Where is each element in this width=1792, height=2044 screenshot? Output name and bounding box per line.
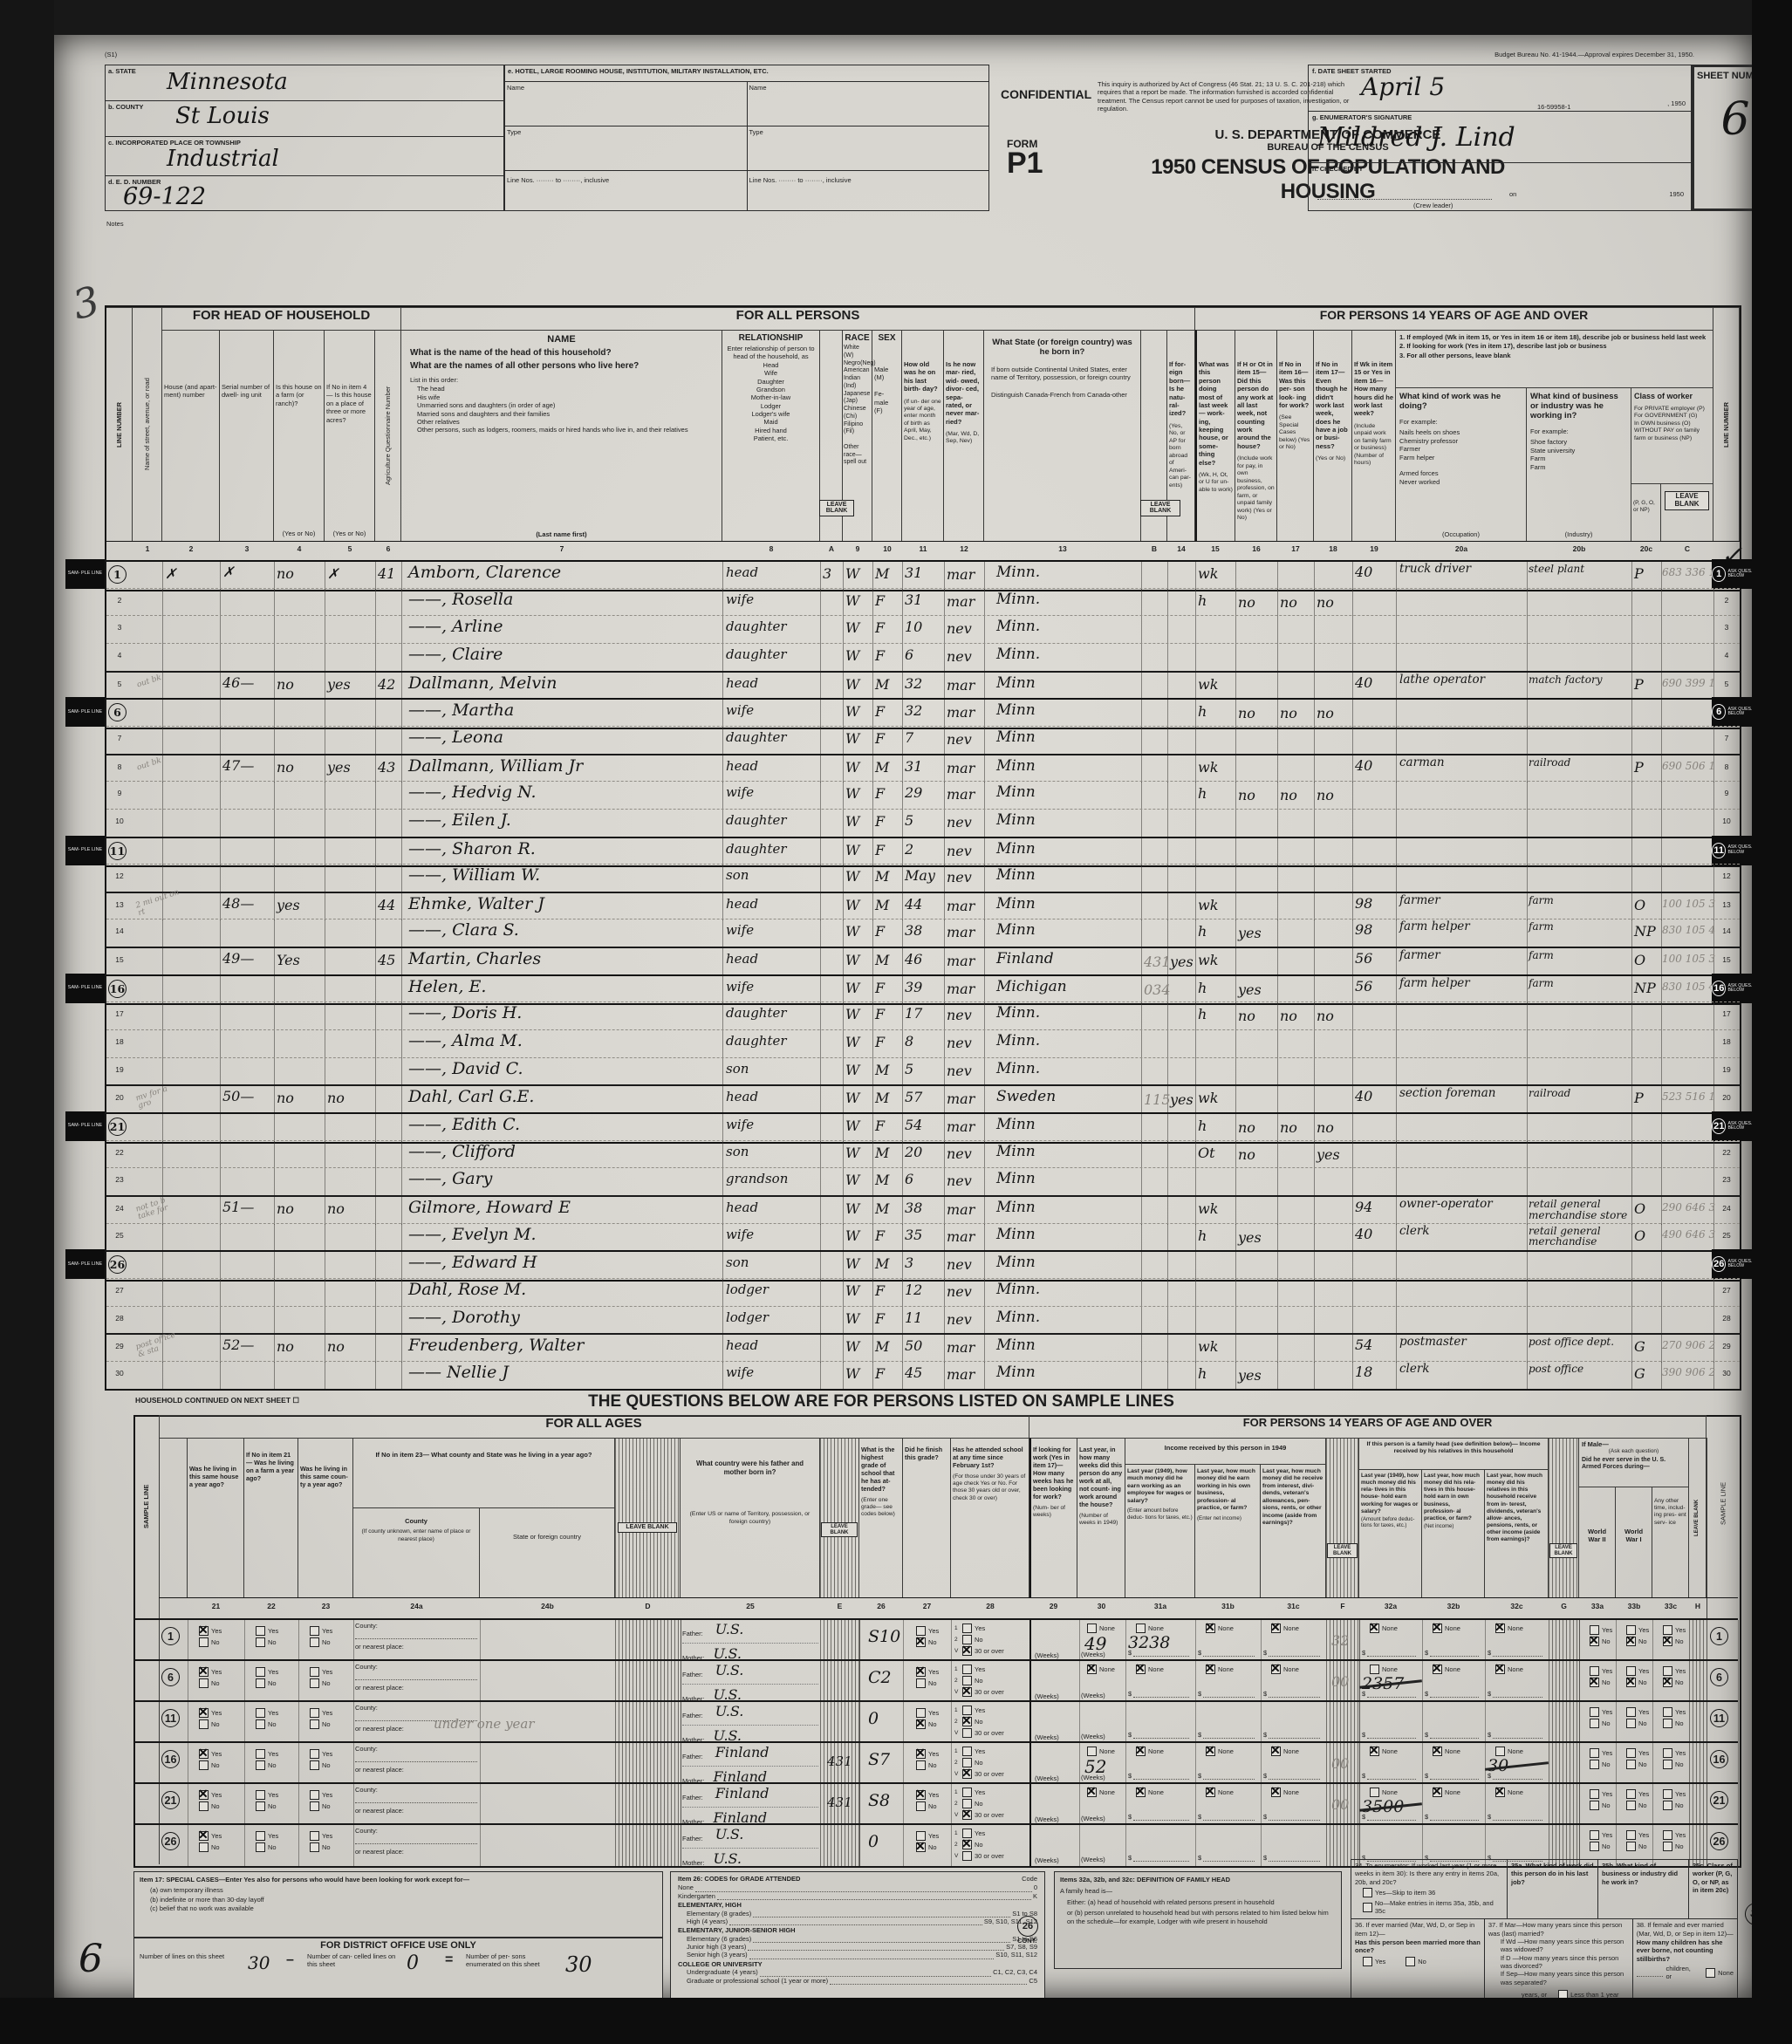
checkbox-empty: [1663, 1801, 1672, 1810]
col-line: [162, 1307, 221, 1335]
person-name: Dallmann, Melvin: [408, 673, 721, 693]
relationship-value: daughter: [726, 1033, 787, 1049]
bottom-column-number: 27: [903, 1602, 951, 1611]
ww2-cell: YesNo: [1582, 1788, 1615, 1822]
None-checkbox: None: [1128, 1747, 1193, 1756]
q: Last year, how much money did his relati…: [1485, 1470, 1548, 1543]
person-row: 28——, DorothylodgerWF11nevMinn.28: [106, 1306, 1740, 1335]
col-line: [325, 727, 376, 755]
col-line: [274, 1058, 325, 1086]
col-line: [325, 1058, 376, 1086]
col-line: [1277, 1279, 1315, 1307]
income-group-header: Income received by this person in 1949: [1125, 1438, 1326, 1464]
dollar-line: $: [1263, 1813, 1322, 1821]
county-cell: County:or nearest place:: [355, 1622, 613, 1659]
No-checkbox: No: [191, 1637, 242, 1647]
checkbox-checked: [1136, 1665, 1146, 1674]
dollar-leader: [1203, 1650, 1255, 1657]
col-line: [820, 1168, 844, 1196]
line-number: 10: [106, 810, 133, 826]
mar-value: mar: [947, 1228, 982, 1245]
checkbox-empty: [962, 1747, 972, 1756]
state-b: If born outside Continental United State…: [984, 357, 1140, 382]
birthplace-value: Minn: [996, 895, 1036, 913]
state-q: What State (or foreign country) was he b…: [984, 331, 1140, 357]
age-value: May: [905, 867, 942, 884]
right-line-number-cell: 15: [1713, 948, 1740, 976]
item-34-text: 34. To enumerator: If worked last year (…: [1355, 1862, 1503, 1886]
person-name: ——, Edith C.: [408, 1115, 721, 1134]
checkbox-label: No: [1638, 1678, 1647, 1686]
checkbox-checked: [916, 1749, 926, 1759]
Yes—Skip to item 36-checkbox: Yes—Skip to item 36: [1355, 1888, 1503, 1897]
checkbox-label: Yes: [268, 1832, 278, 1840]
checkbox-label: No: [1602, 1637, 1611, 1645]
dollar-sign: $: [1263, 1772, 1267, 1780]
checkbox-checked: [1626, 1637, 1636, 1646]
hours-header: If Wk in item 15 or Yes in item 16— How …: [1352, 330, 1396, 541]
col-line: [1277, 893, 1315, 921]
sample-line-tag: SAM- PLE LINE: [65, 974, 105, 1003]
q: Last year, how much money did he earn wo…: [1195, 1465, 1260, 1513]
No-checkbox: No: [1398, 1957, 1426, 1966]
district-v1: 30: [248, 1952, 283, 1973]
col-line: [274, 1002, 325, 1030]
relatives-business-cell: None$: [1425, 1786, 1482, 1823]
column-number: C: [1661, 544, 1713, 554]
column-number: 1: [133, 544, 162, 554]
wages-cell: None$: [1128, 1786, 1193, 1823]
bottom-sample-number: 6: [161, 1668, 180, 1686]
c15-value: wk: [1198, 565, 1234, 582]
codes-leader: [753, 1936, 1010, 1943]
q: Was he living in this same coun- ty a ye…: [298, 1439, 352, 1488]
rel-title: RELATIONSHIP: [722, 333, 819, 343]
attended-school-cell: 1Yes2NoV30 or over: [954, 1622, 1029, 1660]
items-34-38-box: 34. To enumerator: If worked last year (…: [1351, 1859, 1738, 2012]
col-line: [220, 700, 275, 728]
c18-value: no: [1317, 705, 1351, 721]
col-line: [1235, 644, 1278, 672]
checkbox-label: No: [322, 1720, 331, 1728]
checkbox-label: No: [211, 1679, 220, 1687]
acres-value: no: [327, 1338, 373, 1355]
checkbox-empty: [1590, 1748, 1599, 1758]
col-line: [1277, 1335, 1315, 1363]
checkbox-checked: [1433, 1747, 1442, 1756]
col-line: [1141, 1141, 1168, 1169]
col-line: [1195, 1307, 1236, 1335]
line-number-cell: 20: [106, 1086, 133, 1114]
ww1-cell: YesNo: [1618, 1665, 1652, 1699]
ask-line-number: 11: [1712, 843, 1726, 858]
checkbox-label: None: [1445, 1624, 1460, 1632]
person-row: 25——, Evelyn M.wifeWF35marMinnhyes40cler…: [106, 1223, 1740, 1252]
col-line: [1631, 589, 1662, 617]
col-line: [1277, 865, 1315, 892]
mar-value: nev: [947, 843, 982, 859]
col-line: [133, 976, 163, 1004]
checkbox-checked: [199, 1667, 209, 1677]
q: If looking for work (Yes in item 17)— Ho…: [1031, 1439, 1077, 1501]
c16-value: no: [1238, 787, 1276, 803]
line-number-cell: 6: [108, 703, 131, 724]
county-sub-header: County(If county unknown, enter name of …: [353, 1507, 480, 1597]
checkbox-label: Yes: [928, 1668, 939, 1676]
line-number-cell: 27: [106, 1279, 133, 1307]
own-business-cell: None$: [1198, 1622, 1258, 1659]
leave-blank-h-header: LEAVE BLANK: [1689, 1438, 1707, 1597]
column-number-strip: 12345678A910111213B14151617181920a20b20c…: [106, 541, 1740, 561]
person-row: 14——, Clara S.wifeWF38marMinnhyes98farm …: [106, 919, 1740, 947]
col-line: [274, 1252, 325, 1280]
checkbox-empty: [916, 1760, 926, 1770]
checkbox-label: Yes: [322, 1832, 332, 1840]
codes-line: KindergartenK: [671, 1892, 1044, 1900]
checkbox-label: No: [1602, 1719, 1611, 1727]
age-value: 20: [905, 1144, 942, 1160]
col-line: [220, 810, 275, 837]
industry-value: post office: [1529, 1364, 1637, 1375]
right-line-number-cell: 2: [1713, 589, 1740, 617]
header-text: If No in item 4— Is this house on a plac…: [325, 331, 374, 424]
weeks-looking-header: If looking for work (Yes in item 17)— Ho…: [1029, 1438, 1077, 1597]
col-line: [162, 810, 221, 837]
col-line: [1277, 976, 1315, 1004]
father-label: Father:: [682, 1753, 703, 1760]
checkbox-label: Yes: [928, 1791, 939, 1799]
ind-q: What kind of business or industry was he…: [1527, 388, 1631, 420]
age-value: 54: [905, 1117, 942, 1133]
V-prefix: V: [954, 1812, 960, 1818]
col-line: [820, 1335, 844, 1363]
age-value: 32: [905, 702, 942, 719]
dollar-leader: [1430, 1691, 1479, 1698]
col-line: [133, 810, 163, 837]
race-value: W: [845, 785, 871, 802]
col-line: [274, 727, 325, 755]
col-line: [133, 589, 163, 617]
q: State or foreign country: [480, 1508, 614, 1541]
checkbox-empty: [1363, 1888, 1372, 1897]
father-value: U.S.: [715, 1826, 744, 1842]
checkbox-empty: [1363, 1957, 1372, 1966]
qf: (Enter US or name of Territory, possessi…: [681, 1476, 819, 1526]
weeks-label: (Weeks): [1035, 1733, 1059, 1741]
finished-grade-header: Did he finish this grade?: [903, 1438, 951, 1597]
codes-line: High (4 years)S9, S10, S11, S12: [671, 1918, 1044, 1925]
c15-value: h: [1198, 592, 1234, 609]
V-prefix: V: [954, 1648, 960, 1654]
col-line: [1314, 1086, 1353, 1114]
col-line: [1167, 1030, 1196, 1058]
looking-header: If No in item 16— Was this per- son look…: [1277, 330, 1314, 541]
bottom-column-number: 31b: [1195, 1602, 1261, 1611]
Yes-checkbox: Yes: [248, 1626, 297, 1636]
checkbox-label: None: [1382, 1665, 1398, 1673]
col-line: [1235, 1307, 1278, 1335]
col-line: [133, 948, 163, 976]
right-line-number: 23: [1713, 1168, 1740, 1185]
col-line: [1352, 644, 1397, 672]
father-line: Father:U.S.: [682, 1621, 818, 1637]
1-prefix: 1: [954, 1830, 960, 1836]
checkbox-empty: [256, 1708, 265, 1718]
sex-value: M: [875, 565, 900, 582]
activity-header: What was this person doing most of last …: [1195, 330, 1235, 541]
line-number-cell: 5: [106, 673, 133, 701]
codes-text: Elementary (8 grades): [678, 1910, 751, 1918]
checkbox-label: Yes: [268, 1750, 278, 1758]
age-value: 7: [905, 729, 942, 746]
col-line: [1277, 1030, 1315, 1058]
col-line: [325, 1002, 376, 1030]
relationship-value: wife: [726, 702, 754, 718]
population-schedule-table: FOR HEAD OF HOUSEHOLDFOR ALL PERSONSFOR …: [105, 305, 1741, 1391]
col-line: [220, 1114, 275, 1142]
relationship-value: son: [726, 867, 749, 883]
attended-school-cell: 1Yes2NoV30 or over: [954, 1663, 1029, 1701]
age-value: 29: [905, 784, 942, 801]
person-name: Dahl, Rose M.: [408, 1280, 721, 1299]
Yes-checkbox: Yes: [302, 1749, 352, 1759]
leave-blank-label: LEAVE BLANK: [1665, 491, 1709, 510]
Yes-checkbox: Yes: [1655, 1707, 1688, 1717]
col-line: [1141, 838, 1168, 866]
race-value: W: [845, 619, 871, 636]
checkbox-empty: [1663, 1830, 1672, 1840]
checkbox-empty: [916, 1801, 926, 1811]
relationship-value: head: [726, 1089, 758, 1104]
bottom-column-number: 21: [188, 1602, 244, 1611]
checkbox-empty: [1663, 1789, 1672, 1799]
person-row: 30—— Nellie JwifeWF45marMinnhyes18clerkp…: [106, 1361, 1740, 1390]
checkbox-label: No: [1602, 1760, 1611, 1768]
sample-tag-label: SAM- PLE LINE: [68, 848, 102, 853]
col-line: [1235, 1058, 1278, 1086]
wages-header: Last year (1949), how much money did he …: [1125, 1464, 1195, 1597]
occ-list: Nails heels on shoes Chemistry professor…: [1396, 426, 1526, 486]
item-37-l3: If D —How many years since this person w…: [1488, 1954, 1629, 1971]
relationship-value: lodger: [726, 1309, 769, 1325]
col-line: [220, 1362, 275, 1390]
sex-value: F: [875, 842, 900, 858]
relationship-value: wife: [726, 591, 754, 607]
checkbox-empty: [1087, 1624, 1097, 1633]
f-code: 00: [1331, 1755, 1349, 1772]
mar-value: nev: [947, 620, 982, 637]
person-row: SAM- PLE LINE26——, Edward HsonWM3nevMinn…: [106, 1250, 1740, 1282]
birthplace-value: Minn: [996, 866, 1036, 884]
checkbox-label: No: [322, 1843, 331, 1851]
checkbox-label: 30 or over: [975, 1852, 1004, 1860]
relationship-value: wife: [726, 1364, 754, 1380]
codes-value: K: [1033, 1892, 1037, 1900]
Yes-checkbox: Yes: [1582, 1830, 1615, 1840]
race-value: W: [845, 923, 871, 940]
farm-value: no: [277, 1338, 323, 1355]
leave-blank-label: LEAVE BLANK: [1549, 1543, 1577, 1558]
acres-value: no: [327, 1090, 373, 1106]
industry-header: What kind of business or industry was he…: [1527, 387, 1631, 541]
q: World War I: [1616, 1487, 1652, 1544]
bottom-column-number: H: [1689, 1602, 1707, 1611]
Yes-checkbox: Yes: [908, 1667, 950, 1677]
bottom-line-number-cell: 1: [159, 1627, 181, 1650]
mar-value: nev: [947, 1256, 982, 1273]
No-checkbox: No: [908, 1801, 950, 1811]
dollar-line: $: [1198, 1772, 1256, 1780]
farm-value: no: [277, 1090, 323, 1106]
No-checkbox: No: [248, 1801, 297, 1811]
None-checkbox: None: [1488, 1665, 1546, 1674]
None-checkbox: None: [1362, 1665, 1419, 1674]
Yes-checkbox: Yes: [248, 1831, 297, 1841]
mar-value: mar: [947, 760, 982, 776]
line-number-cell: 15: [106, 948, 133, 976]
leave-blank-label: LEAVE BLANK: [1140, 500, 1180, 516]
No—Make entries in items 35a, 35b, and 35c-checkbox: No—Make entries in items 35a, 35b, and 3…: [1355, 1899, 1503, 1915]
farm-yearago-cell: YesNo: [248, 1624, 297, 1658]
checkbox-label: Yes: [1675, 1749, 1686, 1757]
codes-line: Senior high (3 years)S10, S11, S12: [671, 1951, 1044, 1959]
checkbox-label: No: [1602, 1678, 1611, 1686]
c16-value: no: [1238, 705, 1276, 721]
No-checkbox: No: [1618, 1678, 1652, 1687]
person-row: 23——, GarygrandsonWM6nevMinn23: [106, 1167, 1740, 1196]
ww2-header: World War II: [1579, 1487, 1616, 1597]
col-line: [1167, 1058, 1196, 1086]
col-line: [820, 700, 844, 728]
birthplace-value: Minn.: [996, 1004, 1040, 1022]
checkbox-label: No: [1638, 1760, 1647, 1768]
dollar-line: $: [1488, 1690, 1544, 1698]
c16-value: no: [1238, 594, 1276, 611]
person-name: ——, Rosella: [408, 590, 721, 609]
col-line: [1352, 1058, 1397, 1086]
checkbox-label: Yes: [1375, 1958, 1385, 1965]
checkbox-label: No: [1675, 1842, 1684, 1850]
No-checkbox: No: [908, 1719, 950, 1729]
birthplace-value: Minn: [996, 1254, 1036, 1271]
relatives-business-header: Last year, how much money did his rela- …: [1422, 1469, 1485, 1597]
col-line: [820, 893, 844, 921]
cls-value: P: [1634, 1090, 1659, 1106]
sex-value: M: [875, 1255, 900, 1272]
checkbox-label: Yes: [211, 1791, 222, 1799]
father-label: Father:: [682, 1630, 703, 1637]
dollar-leader: [1133, 1691, 1189, 1698]
race-value: W: [845, 1006, 871, 1022]
dollar-leader: [1430, 1650, 1479, 1657]
name-q2: What are the names of all other persons …: [401, 358, 722, 371]
n14-value: yes: [1170, 1091, 1194, 1108]
col-line: [1141, 1279, 1168, 1307]
None-checkbox: None: [1198, 1624, 1258, 1633]
bottom-sample-number: 16: [161, 1750, 180, 1768]
mar-value: nev: [947, 648, 982, 665]
sample-questions-title: THE QUESTIONS BELOW ARE FOR PERSONS LIST…: [401, 1392, 1361, 1412]
person-name: ——, Hedvig N.: [408, 783, 721, 802]
county-label: County:: [355, 1745, 613, 1753]
checkbox-label: Yes: [211, 1709, 222, 1717]
race-value: W: [845, 1062, 871, 1078]
sample-line-number: 21: [108, 1118, 127, 1136]
sample-answer-row: 11YesNoYesNoYesNoCounty:or nearest place…: [133, 1700, 1738, 1743]
column-number: 9: [843, 544, 872, 554]
col-line: [1631, 782, 1662, 810]
race-value: W: [845, 1172, 871, 1188]
age-value: 35: [905, 1227, 942, 1243]
age-value: 50: [905, 1337, 942, 1354]
col-line: [615, 1743, 681, 1784]
checkbox-empty: [256, 1637, 265, 1647]
dollar-sign: $: [1362, 1731, 1365, 1739]
age-value: 2: [905, 841, 942, 858]
line-number-header: LINE NUMBER: [106, 307, 133, 541]
sample-tag-label: SAM- PLE LINE: [68, 986, 102, 991]
leave-blank-e-header: LEAVE BLANK: [820, 1438, 859, 1597]
checkbox-checked: [916, 1637, 926, 1647]
col-line: [1141, 919, 1168, 947]
checkbox-checked: [1590, 1678, 1599, 1687]
checkbox-checked: [916, 1842, 926, 1852]
right-line-number-cell: 7: [1713, 727, 1740, 755]
col-line: [274, 1224, 325, 1252]
birthplace-value: Minn: [996, 1336, 1036, 1354]
Yes-checkbox: 1Yes: [954, 1747, 1029, 1756]
person-row: 22——, CliffordsonWM20nevMinnOtnoyes22: [106, 1140, 1740, 1169]
checkbox-checked: [199, 1749, 209, 1759]
race-value: W: [845, 647, 871, 664]
checkbox-empty: [310, 1626, 319, 1636]
checkbox-empty: [1087, 1747, 1097, 1756]
col-line: [1549, 1784, 1580, 1825]
c18-value: yes: [1317, 1146, 1351, 1163]
age-value: 3: [905, 1254, 942, 1271]
relationship-value: head: [726, 896, 758, 912]
checkbox-empty: [916, 1678, 926, 1688]
checkbox-checked: [199, 1626, 209, 1636]
leave-blank-d-header: LEAVE BLANK: [615, 1438, 681, 1597]
B-value: 034: [1144, 981, 1166, 998]
checkbox-checked: [916, 1790, 926, 1800]
bottom-ln-header: [159, 1438, 188, 1597]
col-line: [820, 838, 844, 866]
hotel-linenos-2: Line Nos. ········ to ········, inclusiv…: [748, 171, 989, 216]
weeks-label: (Weeks): [1081, 1774, 1105, 1781]
c18-value: no: [1317, 594, 1351, 611]
col-line: [1141, 1307, 1168, 1335]
col-line: [1235, 1168, 1278, 1196]
q: Is he now mar- ried, wid- owed, divor- c…: [944, 331, 983, 426]
qf: (See Special Cases below) (Yes or No): [1277, 409, 1313, 451]
col-line: [820, 1252, 844, 1280]
sample-line-number: 26: [108, 1255, 127, 1274]
mar-value: mar: [947, 981, 982, 997]
birthplace-value: Minn: [996, 840, 1036, 858]
checkbox-label: Yes: [268, 1627, 278, 1635]
checkbox-label: Yes: [1602, 1626, 1612, 1634]
age-value: 6: [905, 646, 942, 663]
mar-value: nev: [947, 1145, 982, 1162]
nearest-label: or nearest place:: [355, 1643, 613, 1651]
col-line: [1396, 1114, 1528, 1142]
checkbox-empty: [1626, 1760, 1636, 1769]
checkbox-checked: [1370, 1624, 1379, 1633]
codes-group: COLLEGE OR UNIVERSITY: [671, 1959, 1044, 1968]
item-35a-col: 35a. What kind of work did this person d…: [1508, 1860, 1598, 1918]
